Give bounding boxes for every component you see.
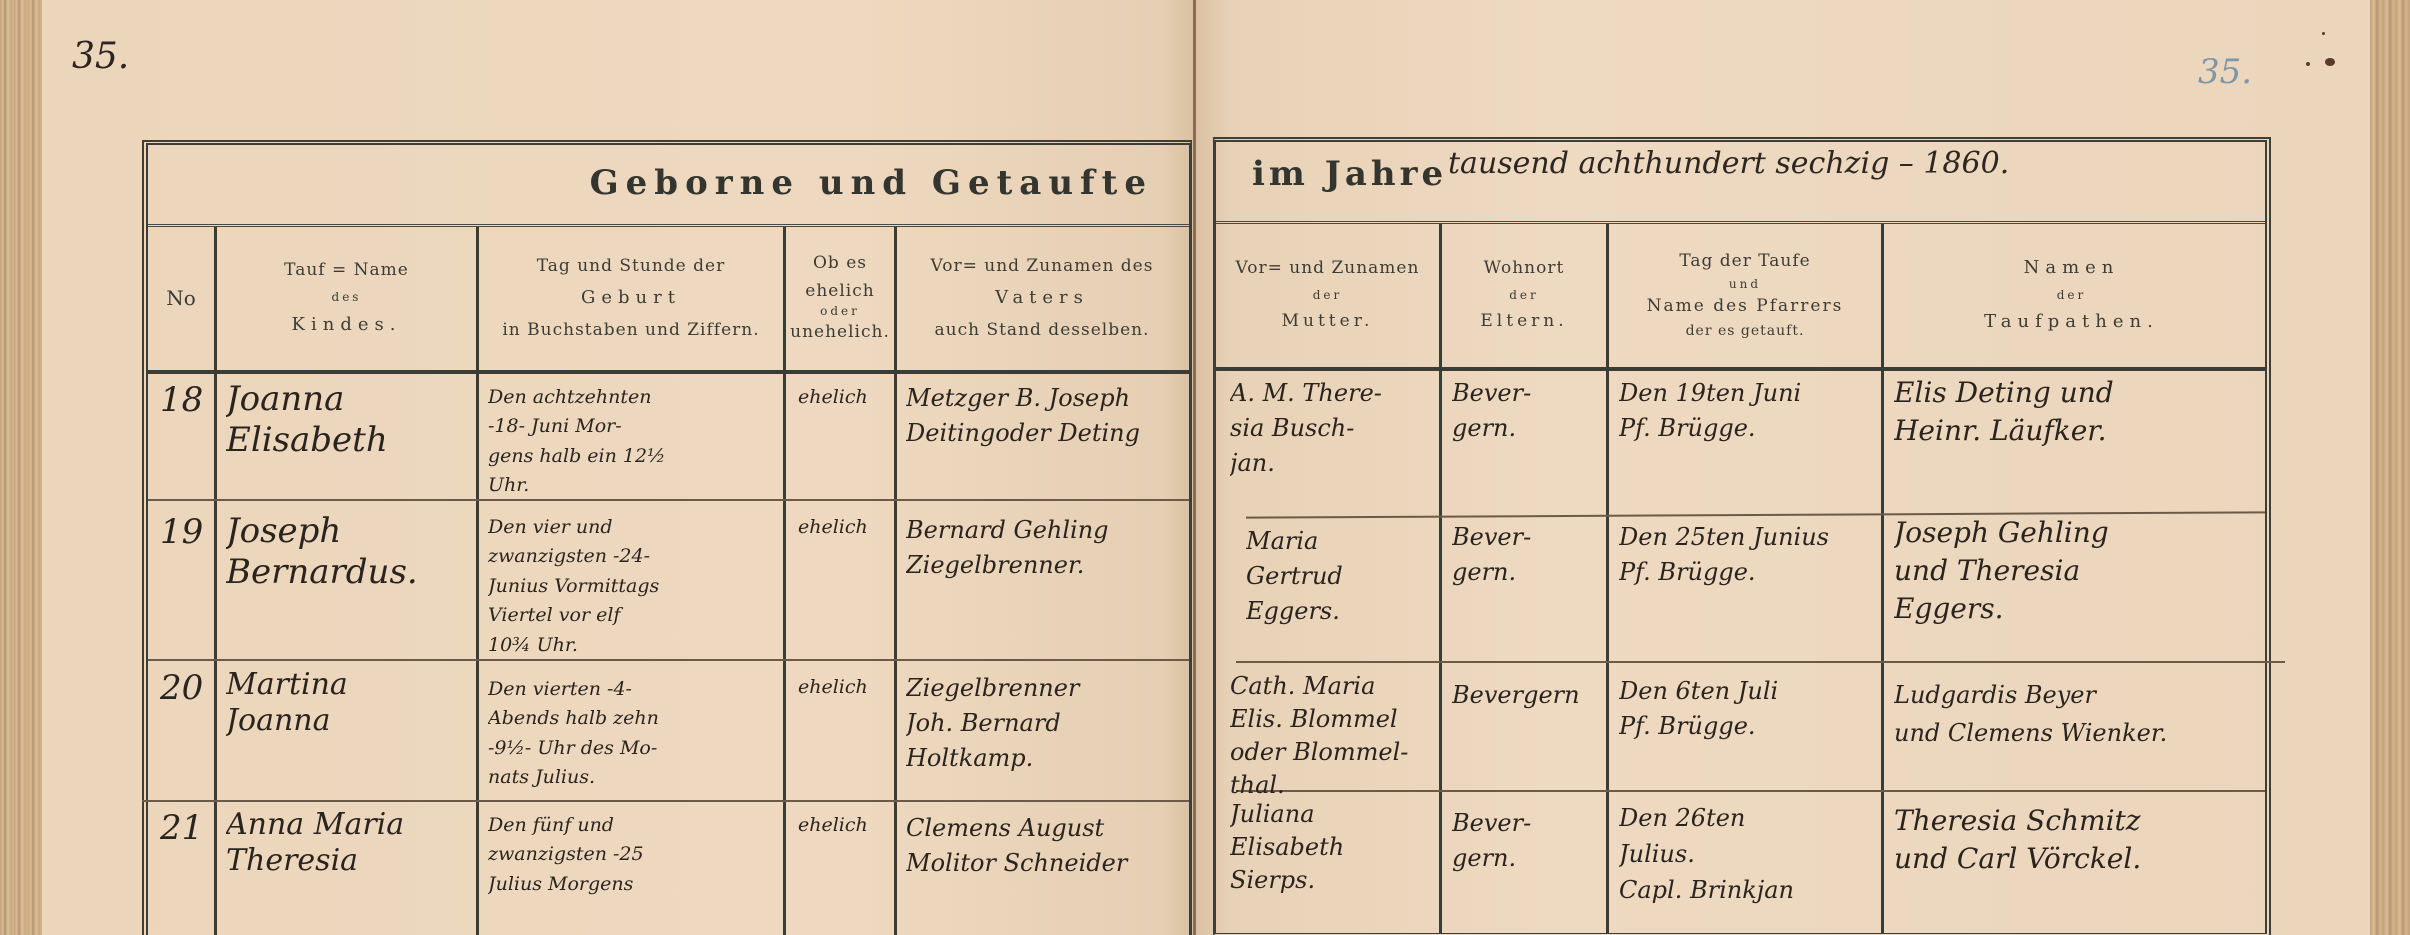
entry-godparents: Elis Deting und Heinr. Läufker.: [1894, 374, 2259, 450]
header-label: der: [2057, 289, 2087, 303]
header-child-name: Tauf = Name des Kindes.: [217, 227, 476, 370]
register-title-right: im Jahre: [1252, 154, 1447, 194]
entry-legitimate: ehelich: [798, 383, 888, 412]
entry-birth-date: Den vier und zwanzigsten -24- Junius Vor…: [488, 513, 778, 660]
title-band-right: im Jahre tausend achthundert sechzig – 1…: [1216, 142, 2265, 224]
header-label: Eltern.: [1480, 312, 1567, 332]
header-father: Vor= und Zunamen des Vaters auch Stand d…: [897, 227, 1187, 370]
header-label: Taufpathen.: [1984, 312, 2159, 333]
entry-baptism: Den 25ten Junius Pf. Brügge.: [1619, 520, 1879, 590]
header-godparents: Namen der Taufpathen.: [1884, 224, 2259, 367]
entry-nr: 21: [160, 807, 203, 850]
entry-mother: Juliana Elisabeth Sierps.: [1230, 798, 1440, 897]
entry-residence: Bever- gern.: [1452, 376, 1602, 446]
entry-nr: 20: [160, 667, 203, 710]
row-divider: [1236, 661, 2285, 663]
entry-residence: Bever- gern.: [1452, 520, 1602, 590]
left-page-stack-edge: [0, 0, 42, 935]
header-label: der: [1313, 289, 1343, 303]
entry-mother: Cath. Maria Elis. Blommel oder Blommel- …: [1230, 670, 1440, 802]
entry-child-name: Joseph Bernardus.: [226, 511, 471, 593]
entry-godparents: Theresia Schmitz und Carl Vörckel.: [1894, 802, 2259, 878]
entry-father: Clemens August Molitor Schneider: [906, 811, 1186, 881]
entry-child-name: Joanna Elisabeth: [226, 379, 471, 461]
header-label: Ob es: [813, 254, 867, 274]
header-baptism: Tag der Taufe und Name des Pfarrers der …: [1609, 224, 1881, 367]
header-label: Vaters: [995, 288, 1089, 309]
entry-nr: 19: [160, 511, 203, 554]
entry-baptism: Den 26ten Julius. Capl. Brinkjan: [1619, 800, 1879, 908]
header-birth-date: Tag und Stunde der Geburt in Buchstaben …: [479, 227, 783, 370]
entry-father: Metzger B. Joseph Deitingoder Deting: [906, 381, 1186, 451]
table-grid-right: Vor= und Zunamen der Mutter. Wohnort der…: [1216, 224, 2265, 933]
entry-godparents: Ludgardis Beyer und Clemens Wienker.: [1894, 676, 2264, 753]
entry-birth-date: Den vierten -4- Abends halb zehn -9½- Uh…: [488, 675, 778, 793]
header-label: unehelich.: [790, 323, 890, 343]
entry-godparents: Joseph Gehling und Theresia Eggers.: [1894, 514, 2259, 627]
header-label: Wohnort: [1484, 259, 1565, 279]
entry-legitimate: ehelich: [798, 513, 888, 542]
header-bottom-rule: [148, 370, 1189, 374]
header-label: Tag der Taufe: [1679, 252, 1810, 272]
entry-birth-date: Den achtzehnten -18- Juni Mor- gens halb…: [488, 383, 778, 501]
entry-legitimate: ehelich: [798, 811, 888, 840]
entry-father: Ziegelbrenner Joh. Bernard Holtkamp.: [906, 671, 1186, 775]
entry-residence: Bevergern: [1452, 678, 1602, 713]
header-label: oder: [820, 305, 860, 319]
register-table-left: Geborne und Getaufte No Tauf = Name des …: [142, 140, 1192, 935]
header-label: Vor= und Zunamen des: [931, 257, 1154, 277]
page-number-right: 35.: [2198, 52, 2252, 92]
header-label: der es getauft.: [1686, 323, 1805, 339]
entry-nr: 18: [160, 379, 203, 422]
header-nr-label: No: [166, 287, 196, 310]
entry-residence: Bever- gern.: [1452, 806, 1602, 876]
entry-father: Bernard Gehling Ziegelbrenner.: [906, 513, 1186, 583]
entry-child-name: Martina Joanna: [226, 667, 471, 739]
table-grid-left: No Tauf = Name des Kindes. Tag und Stund…: [148, 227, 1189, 935]
header-residence: Wohnort der Eltern.: [1442, 224, 1606, 367]
ink-spot: [2325, 58, 2335, 66]
book-gutter: [1193, 0, 1196, 935]
register-title-left: Geborne und Getaufte: [590, 163, 1153, 203]
header-label: Tag und Stunde der: [537, 257, 725, 277]
header-label: Mutter.: [1282, 312, 1374, 332]
header-mother: Vor= und Zunamen der Mutter.: [1216, 224, 1439, 367]
row-divider: [142, 800, 1189, 802]
right-page-stack-edge: [2370, 0, 2410, 935]
header-label: des: [332, 291, 362, 305]
header-label: und: [1729, 278, 1761, 292]
title-band-left: Geborne und Getaufte: [148, 145, 1189, 227]
header-legitimate: Ob es ehelich oder unehelich.: [786, 227, 894, 370]
register-table-right: im Jahre tausend achthundert sechzig – 1…: [1213, 137, 2271, 935]
header-label: Vor= und Zunamen: [1236, 259, 1420, 279]
entry-child-name: Anna Maria Theresia: [226, 807, 476, 879]
entry-birth-date: Den fünf und zwanzigsten -25 Julius Morg…: [488, 811, 778, 899]
ink-spot: [2322, 32, 2325, 35]
entry-mother: A. M. There- sia Busch- jan.: [1230, 376, 1440, 480]
header-bottom-rule: [1216, 367, 2265, 371]
header-label: in Buchstaben und Ziffern.: [502, 321, 759, 341]
header-label: Kindes.: [292, 315, 402, 336]
entry-baptism: Den 6ten Juli Pf. Brügge.: [1619, 674, 1879, 744]
header-label: Name des Pfarrers: [1647, 297, 1844, 317]
header-label: Geburt: [581, 288, 681, 309]
header-label: Tauf = Name: [284, 261, 409, 281]
entry-baptism: Den 19ten Juni Pf. Brügge.: [1619, 376, 1879, 446]
entry-legitimate: ehelich: [798, 673, 888, 702]
page-number-left: 35.: [72, 36, 129, 77]
header-label: auch Stand desselben.: [935, 321, 1150, 341]
open-register-book: 35. 35. Geborne und Getaufte No Tauf = N…: [0, 0, 2410, 935]
header-label: der: [1509, 289, 1539, 303]
entry-mother: Maria Gertrud Eggers.: [1246, 524, 1436, 628]
header-nr: No: [148, 227, 214, 370]
ink-spot: [2306, 62, 2310, 66]
header-label: Namen: [2024, 258, 2120, 279]
header-label: ehelich: [805, 282, 874, 302]
register-year: tausend achthundert sechzig – 1860.: [1448, 146, 2009, 181]
